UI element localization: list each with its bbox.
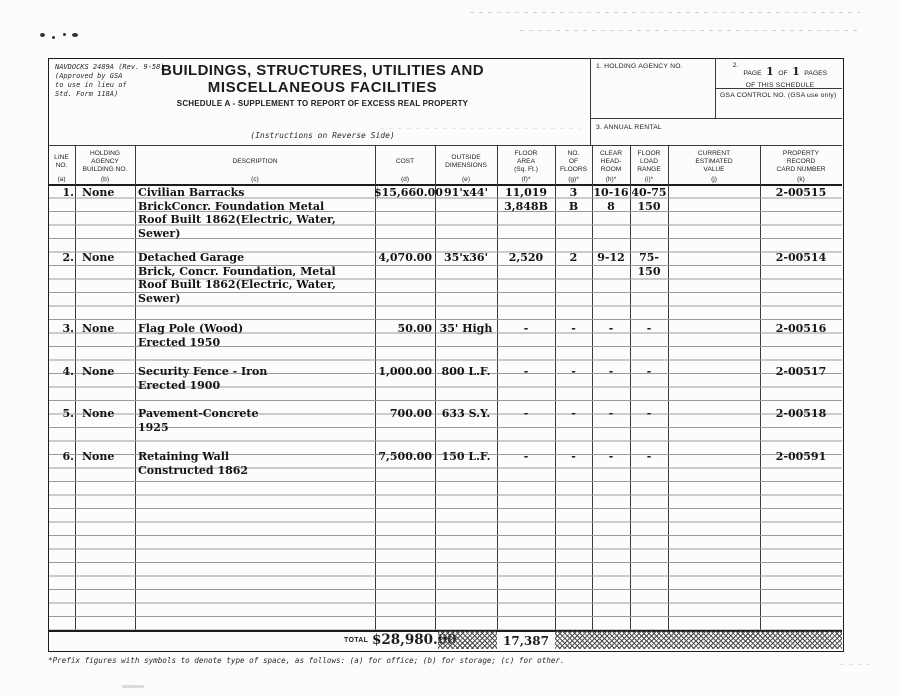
row-dimensions: 800 L.F. [436,365,496,379]
col-letter-f: (f)* [497,176,555,183]
annual-rental-label: 3. ANNUAL RENTAL [596,124,796,131]
gsa-control-label: GSA CONTROL NO. (GSA use only) [720,92,838,99]
col-header-clear-headroom: CLEAR HEAD- ROOM [592,148,630,175]
col-letter-k: (k) [760,176,842,183]
col-header-cost: COST [375,148,435,175]
row-cost: 4,070.00 [374,251,432,265]
row-card-number: 2-00518 [762,407,840,421]
row-floor-area: - [497,450,555,464]
row-dimensions: 633 S.Y. [436,407,496,421]
row-floor-area: 11,019 3,848B [497,186,555,213]
col-header-floor-area: FLOOR AREA (Sq. Ft.) [497,148,555,175]
col-letter-c: (c) [135,176,375,183]
row-floors: - [555,450,592,464]
col-header-no-of-floors: NO. OF FLOORS [555,148,592,175]
col-letter-d: (d) [375,176,435,183]
form-subtitle: SCHEDULE A - SUPPLEMENT TO REPORT OF EXC… [150,99,495,108]
row-load-range: - [630,450,668,464]
row-card-number: 2-00591 [762,450,840,464]
total-cost: $28,980.00 [372,632,438,648]
scan-noise [470,12,860,13]
col-letter-a: (a) [48,176,75,183]
row-building-no: None [82,450,134,464]
row-headroom: - [592,365,630,379]
row-building-no: None [82,251,134,265]
col-letter-i: (i)* [630,176,668,183]
row-building-no: None [82,365,134,379]
row-line-no: 1. [48,186,74,200]
row-dimensions: 35'x36' [436,251,496,265]
row-load-range: - [630,407,668,421]
row-floors: - [555,365,592,379]
col-letter-h: (h)* [592,176,630,183]
row-description: Flag Pole (Wood) Erected 1950 [138,322,374,349]
row-building-no: None [82,407,134,421]
row-building-no: None [82,322,134,336]
row-dimensions: 35' High [436,322,496,336]
row-line-no: 6. [48,450,74,464]
instructions-note: (Instructions on Reverse Side) [150,131,495,140]
row-line-no: 2. [48,251,74,265]
row-load-range: 75-150 [630,251,668,278]
col-letter-e: (e) [435,176,497,183]
row-floor-area: - [497,407,555,421]
row-dimensions: 91'x44' [436,186,496,200]
scan-noise [52,36,55,39]
row-floor-area: 2,520 [497,251,555,265]
row-line-no: 5. [48,407,74,421]
scanned-form-page: NAVDOCKS 2489A (Rev. 9-58) (Approved by … [0,0,900,696]
page-of-pages-block: 2. PAGE 1 OF 1 PAGES OF THIS SCHEDULE [720,62,840,89]
row-floor-area: - [497,365,555,379]
divider [590,58,591,145]
row-card-number: 2-00517 [762,365,840,379]
row-description: Security Fence - Iron Erected 1900 [138,365,374,392]
row-load-range: 40-75 150 [630,186,668,213]
col-header-line-no: LINE NO. [48,148,75,175]
col-header-building-no: HOLDING AGENCY BUILDING NO. [75,148,135,175]
row-cost: 700.00 [374,407,432,421]
col-header-description: DESCRIPTION [135,148,375,175]
form-title-block: BUILDINGS, STRUCTURES, UTILITIES AND MIS… [150,62,495,108]
scan-noise [840,664,870,665]
scan-noise [72,33,78,37]
row-load-range: - [630,322,668,336]
row-card-number: 2-00516 [762,322,840,336]
crosshatch-block [555,631,842,649]
row-cost: 1,000.00 [374,365,432,379]
form-title-line2: MISCELLANEOUS FACILITIES [150,79,495,96]
row-cost: $15,660.00 [374,186,432,200]
row-headroom: - [592,450,630,464]
row-headroom: 9-12 [592,251,630,265]
divider [590,118,842,119]
row-headroom: - [592,407,630,421]
row-line-no: 4. [48,365,74,379]
col-header-property-record-card: PROPERTY RECORD CARD NUMBER [760,148,842,175]
of-word: OF [778,70,787,77]
row-card-number: 2-00514 [762,251,840,265]
divider [48,145,842,146]
row-description: Retaining Wall Constructed 1862 [138,450,374,477]
scan-noise [63,33,66,36]
col-header-floor-load-range: FLOOR LOAD RANGE [630,148,668,175]
page-word: PAGE [743,70,761,77]
scan-noise [40,33,45,37]
row-headroom: 10-16 8 [592,186,630,213]
holding-agency-no-label: 1. HOLDING AGENCY NO. [596,63,711,70]
col-header-outside-dimensions: OUTSIDE DIMENSIONS [435,148,497,175]
col-letter-b: (b) [75,176,135,183]
pages-total: 1 [792,65,800,78]
row-description: Civilian Barracks BrickConcr. Foundation… [138,186,374,240]
row-description: Pavement-Concrete 1925 [138,407,374,434]
row-card-number: 2-00515 [762,186,840,200]
row-floors: 3 B [555,186,592,213]
row-floors: - [555,322,592,336]
row-floor-area: - [497,322,555,336]
row-floors: 2 [555,251,592,265]
scan-noise [520,30,860,31]
col-header-current-estimated-value: CURRENT ESTIMATED VALUE [668,148,760,175]
page-number: 1 [766,65,774,78]
total-label: TOTAL [344,637,368,644]
row-cost: 50.00 [374,322,432,336]
col-letter-j: (j) [668,176,760,183]
row-load-range: - [630,365,668,379]
total-floor-area: 17,387 [497,634,555,648]
row-floors: - [555,407,592,421]
row-description: Detached Garage Brick, Concr. Foundation… [138,251,374,305]
page-block-prefix: 2. [733,62,739,69]
row-cost: 7,500.00 [374,450,432,464]
row-headroom: - [592,322,630,336]
pages-word: PAGES [804,70,827,77]
row-dimensions: 150 L.F. [436,450,496,464]
scan-noise [122,685,144,688]
crosshatch-block [438,631,497,649]
footnote: *Prefix figures with symbols to denote t… [48,656,648,665]
col-letter-g: (g)* [555,176,592,183]
of-this-schedule-label: OF THIS SCHEDULE [720,82,840,89]
row-building-no: None [82,186,134,200]
row-line-no: 3. [48,322,74,336]
form-title-line1: BUILDINGS, STRUCTURES, UTILITIES AND [150,62,495,79]
